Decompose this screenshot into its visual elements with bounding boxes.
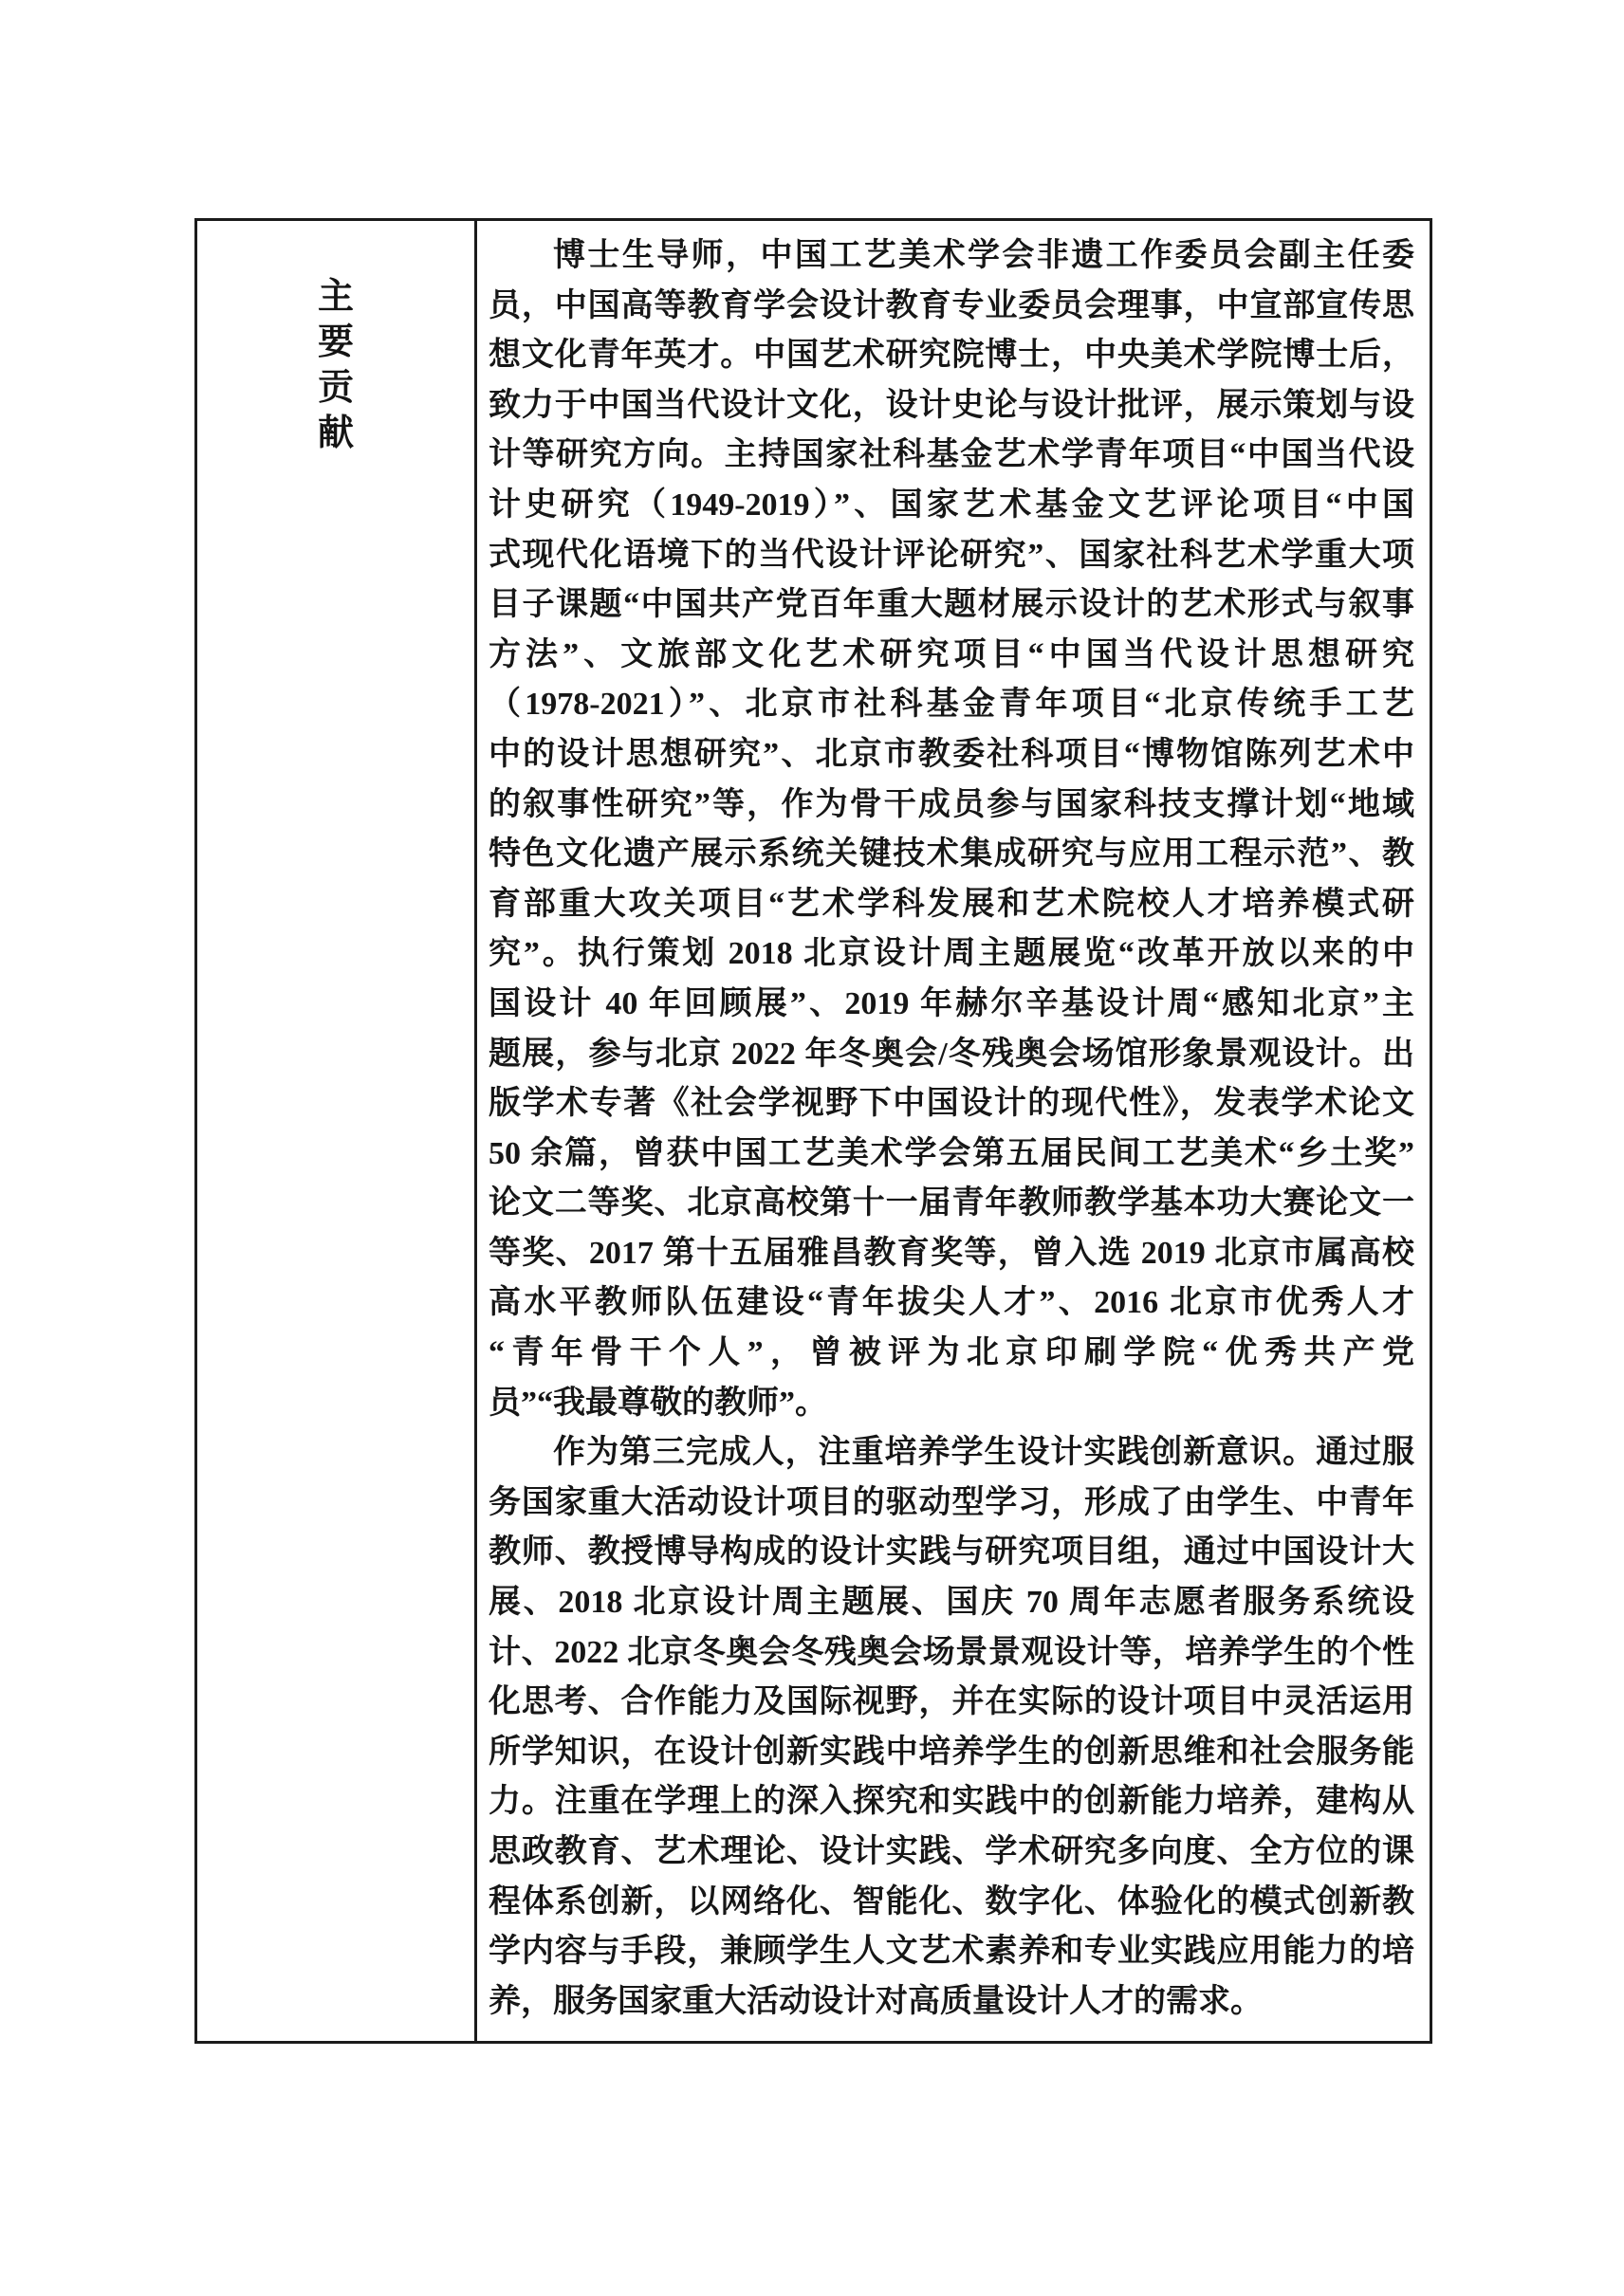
text-line: 特色文化遗产展示系统关键技术集成研究与应用工程示范”、教 — [489, 830, 1414, 880]
text-line: 究”。执行策划 2018 北京设计周主题展览“改革开放以来的中 — [489, 929, 1414, 980]
text-line: 化思考、合作能力及国际视野，并在实际的设计项目中灵活运用 — [489, 1678, 1414, 1728]
text-line: 目子课题“中国共产党百年重大题材展示设计的艺术形式与叙事 — [489, 580, 1414, 631]
text-line: 员”“我最尊敬的教师”。 — [489, 1379, 1414, 1429]
text-line: “青年骨干个人”，曾被评为北京印刷学院“优秀共产党 — [489, 1329, 1414, 1379]
text-line: 等奖、2017 第十五届雅昌教育奖等，曾入选 2019 北京市属高校 — [489, 1229, 1414, 1279]
text-line: 计等研究方向。主持国家社科基金艺术学青年项目“中国当代设 — [489, 431, 1414, 481]
text-line: 展、2018 北京设计周主题展、国庆 70 周年志愿者服务系统设 — [489, 1578, 1414, 1628]
text-line: 养，服务国家重大活动设计对高质量设计人才的需求。 — [489, 1977, 1414, 2028]
text-line: 版学术专著《社会学视野下中国设计的现代性》，发表学术论文 — [489, 1079, 1414, 1130]
text-line: 博士生导师，中国工艺美术学会非遗工作委员会副主任委 — [489, 231, 1414, 282]
row-header-char: 主 — [318, 274, 354, 320]
text-line: 想文化青年英才。中国艺术研究院博士，中央美术学院博士后， — [489, 331, 1414, 381]
text-line: 论文二等奖、北京高校第十一届青年教师教学基本功大赛论文一 — [489, 1179, 1414, 1229]
text-line: 员，中国高等教育学会设计教育专业委员会理事，中宣部宣传思 — [489, 282, 1414, 332]
text-line: 程体系创新，以网络化、智能化、数字化、体验化的模式创新教 — [489, 1878, 1414, 1928]
text-line: 务国家重大活动设计项目的驱动型学习，形成了由学生、中青年 — [489, 1479, 1414, 1529]
text-line: 方法”、文旅部文化艺术研究项目“中国当代设计思想研究 — [489, 631, 1414, 681]
text-line: 教师、教授博导构成的设计实践与研究项目组，通过中国设计大 — [489, 1528, 1414, 1578]
row-header-char: 献 — [318, 411, 354, 456]
text-line: 中的设计思想研究”、北京市教委社科项目“博物馆陈列艺术中 — [489, 730, 1414, 781]
text-line: 致力于中国当代设计文化，设计史论与设计批评，展示策划与设 — [489, 381, 1414, 432]
text-line: 育部重大攻关项目“艺术学科发展和艺术院校人才培养模式研 — [489, 880, 1414, 930]
row-header-char: 要 — [318, 320, 354, 365]
text-line: 国设计 40 年回顾展”、2019 年赫尔辛基设计周“感知北京”主 — [489, 980, 1414, 1030]
row-header-cell: 主 要 贡 献 — [197, 221, 477, 2041]
text-line: （1978-2021）”、北京市社科基金青年项目“北京传统手工艺 — [489, 680, 1414, 730]
text-line: 力。注重在学理上的深入探究和实践中的创新能力培养，建构从 — [489, 1777, 1414, 1828]
text-line: 思政教育、艺术理论、设计实践、学术研究多向度、全方位的课 — [489, 1828, 1414, 1878]
text-line: 式现代化语境下的当代设计评论研究”、国家社科艺术学重大项 — [489, 531, 1414, 581]
text-line: 计史研究（1949-2019）”、国家艺术基金文艺评论项目“中国 — [489, 481, 1414, 531]
text-line: 学内容与手段，兼顾学生人文艺术素养和专业实践应用能力的培 — [489, 1927, 1414, 1977]
row-header-char: 贡 — [318, 365, 354, 411]
text-line: 50 余篇，曾获中国工艺美术学会第五届民间工艺美术“乡土奖” — [489, 1130, 1414, 1180]
text-line: 作为第三完成人，注重培养学生设计实践创新意识。通过服 — [489, 1428, 1414, 1479]
text-line: 所学知识，在设计创新实践中培养学生的创新思维和社会服务能 — [489, 1728, 1414, 1778]
text-line: 题展，参与北京 2022 年冬奥会/冬残奥会场馆形象景观设计。出 — [489, 1030, 1414, 1080]
contributions-table: 主 要 贡 献 博士生导师，中国工艺美术学会非遗工作委员会副主任委员，中国高等教… — [194, 218, 1432, 2044]
text-line: 高水平教师队伍建设“青年拔尖人才”、2016 北京市优秀人才 — [489, 1278, 1414, 1329]
text-line: 的叙事性研究”等，作为骨干成员参与国家科技支撑计划“地域 — [489, 781, 1414, 831]
body-text-cell: 博士生导师，中国工艺美术学会非遗工作委员会副主任委员，中国高等教育学会设计教育专… — [477, 221, 1430, 2041]
text-line: 计、2022 北京冬奥会冬残奥会场景景观设计等，培养学生的个性 — [489, 1628, 1414, 1679]
